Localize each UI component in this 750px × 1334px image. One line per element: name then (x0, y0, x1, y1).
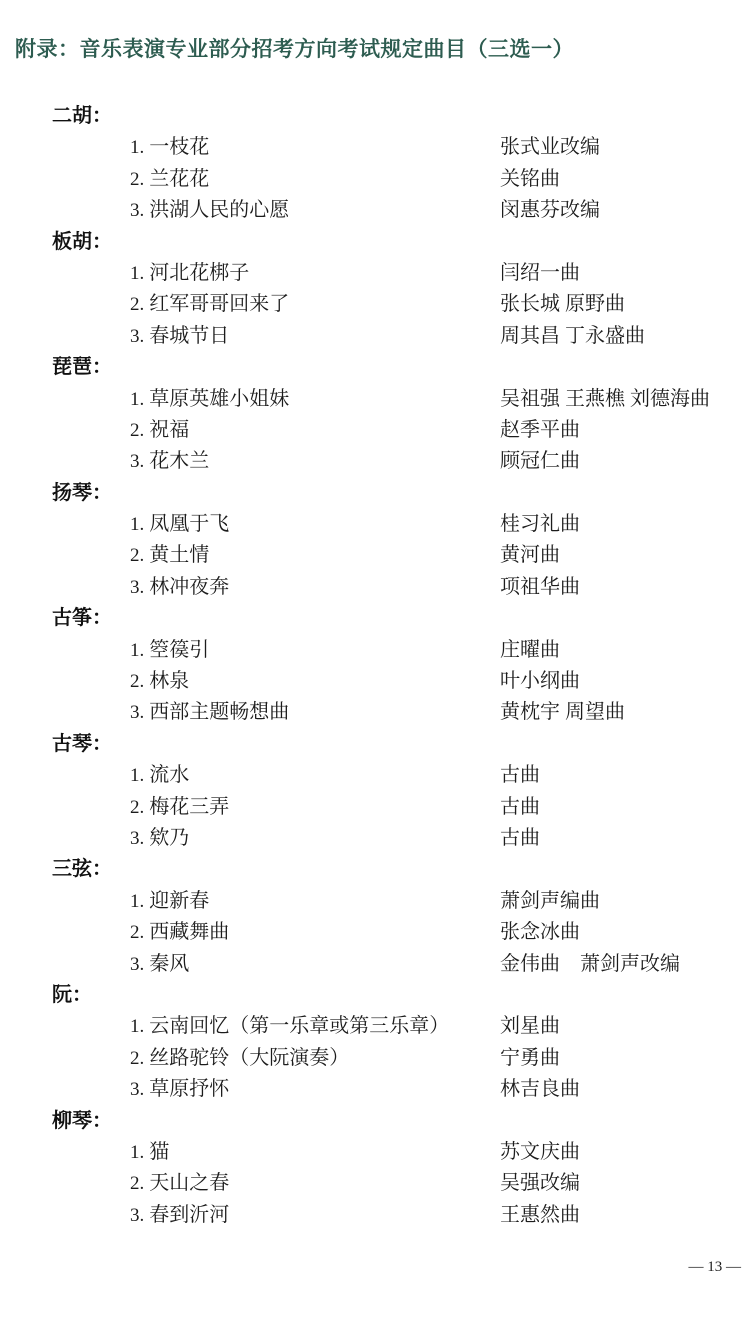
piece-title: 林冲夜奔 (149, 576, 229, 598)
piece-cell: 2.黄土情 (130, 540, 209, 571)
piece-composer: 古曲 (500, 792, 540, 823)
repertoire-row: 3.欸乃 古曲 (0, 823, 750, 854)
repertoire-row: 1.云南回忆（第一乐章或第三乐章） 刘星曲 (0, 1011, 750, 1042)
piece-title: 欸乃 (149, 827, 189, 849)
piece-title: 河北花梆子 (149, 262, 249, 284)
piece-title: 祝福 (149, 419, 189, 441)
section-header-row: 二胡： (0, 101, 750, 132)
instrument-section: 三弦： 1.迎新春 萧剑声编曲 2.西藏舞曲 张念冰曲 3.秦风 金伟曲 萧剑声… (0, 854, 750, 980)
repertoire-row: 3.西部主题畅想曲 黄枕宇 周望曲 (0, 697, 750, 728)
section-header-row: 阮： (0, 980, 750, 1011)
piece-cell: 3.花木兰 (130, 446, 209, 477)
piece-number: 3. (130, 195, 144, 226)
piece-cell: 3.西部主题畅想曲 (130, 697, 289, 728)
instrument-header: 二胡： (52, 101, 112, 132)
piece-cell: 2.红军哥哥回来了 (130, 289, 289, 320)
section-header-row: 板胡： (0, 227, 750, 258)
piece-composer: 项祖华曲 (500, 572, 580, 603)
instrument-header: 三弦： (52, 854, 112, 885)
piece-cell: 1.迎新春 (130, 886, 209, 917)
section-header-row: 古琴： (0, 729, 750, 760)
piece-cell: 3.秦风 (130, 949, 189, 980)
repertoire-row: 2.红军哥哥回来了 张长城 原野曲 (0, 289, 750, 320)
piece-title: 春到沂河 (149, 1204, 229, 1226)
piece-number: 1. (130, 132, 144, 163)
piece-composer: 金伟曲 萧剑声改编 (500, 949, 680, 980)
piece-composer: 顾冠仁曲 (500, 446, 580, 477)
piece-number: 1. (130, 886, 144, 917)
repertoire-row: 2.林泉 叶小纲曲 (0, 666, 750, 697)
instrument-section: 琵琶： 1.草原英雄小姐妹 吴祖强 王燕樵 刘德海曲 2.祝福 赵季平曲 3.花… (0, 352, 750, 478)
repertoire-row: 3.林冲夜奔 项祖华曲 (0, 572, 750, 603)
piece-number: 2. (130, 289, 144, 320)
piece-cell: 3.春到沂河 (130, 1200, 229, 1231)
piece-number: 2. (130, 164, 144, 195)
piece-number: 3. (130, 1200, 144, 1231)
piece-number: 3. (130, 446, 144, 477)
piece-number: 1. (130, 1137, 144, 1168)
instrument-header: 扬琴： (52, 478, 112, 509)
piece-title: 箜篌引 (149, 639, 209, 661)
piece-number: 1. (130, 384, 144, 415)
piece-number: 3. (130, 1074, 144, 1105)
piece-composer: 张式业改编 (500, 132, 600, 163)
instrument-section: 古筝： 1.箜篌引 庄曜曲 2.林泉 叶小纲曲 3.西部主题畅想曲 黄枕宇 周望… (0, 603, 750, 729)
piece-number: 3. (130, 321, 144, 352)
piece-title: 流水 (149, 764, 189, 786)
piece-cell: 2.丝路驼铃（大阮演奏） (130, 1043, 349, 1074)
piece-number: 2. (130, 917, 144, 948)
repertoire-row: 3.洪湖人民的心愿 闵惠芬改编 (0, 195, 750, 226)
piece-composer: 王惠然曲 (500, 1200, 580, 1231)
repertoire-row: 1.迎新春 萧剑声编曲 (0, 886, 750, 917)
piece-composer: 吴祖强 王燕樵 刘德海曲 (500, 384, 710, 415)
piece-cell: 3.洪湖人民的心愿 (130, 195, 289, 226)
piece-number: 1. (130, 635, 144, 666)
instrument-section: 阮： 1.云南回忆（第一乐章或第三乐章） 刘星曲 2.丝路驼铃（大阮演奏） 宁勇… (0, 980, 750, 1106)
piece-composer: 叶小纲曲 (500, 666, 580, 697)
piece-cell: 1.一枝花 (130, 132, 209, 163)
piece-cell: 3.春城节日 (130, 321, 229, 352)
piece-number: 3. (130, 823, 144, 854)
piece-number: 2. (130, 1168, 144, 1199)
piece-title: 西藏舞曲 (149, 921, 229, 943)
piece-title: 春城节日 (149, 325, 229, 347)
piece-number: 1. (130, 509, 144, 540)
piece-composer: 萧剑声编曲 (500, 886, 600, 917)
piece-title: 天山之春 (149, 1172, 229, 1194)
piece-title: 迎新春 (149, 890, 209, 912)
piece-title: 猫 (149, 1141, 169, 1163)
piece-cell: 2.梅花三弄 (130, 792, 229, 823)
piece-cell: 1.云南回忆（第一乐章或第三乐章） (130, 1011, 449, 1042)
piece-composer: 黄河曲 (500, 540, 560, 571)
piece-title: 梅花三弄 (149, 796, 229, 818)
piece-title: 云南回忆（第一乐章或第三乐章） (149, 1015, 449, 1037)
piece-composer: 赵季平曲 (500, 415, 580, 446)
piece-number: 3. (130, 697, 144, 728)
piece-title: 洪湖人民的心愿 (149, 199, 289, 221)
instrument-header: 古筝： (52, 603, 112, 634)
piece-cell: 3.林冲夜奔 (130, 572, 229, 603)
repertoire-row: 1.箜篌引 庄曜曲 (0, 635, 750, 666)
piece-number: 1. (130, 258, 144, 289)
piece-number: 2. (130, 540, 144, 571)
piece-composer: 古曲 (500, 823, 540, 854)
piece-composer: 黄枕宇 周望曲 (500, 697, 625, 728)
piece-title: 凤凰于飞 (149, 513, 229, 535)
repertoire-row: 1.凤凰于飞 桂习礼曲 (0, 509, 750, 540)
repertoire-row: 1.草原英雄小姐妹 吴祖强 王燕樵 刘德海曲 (0, 384, 750, 415)
repertoire-row: 2.祝福 赵季平曲 (0, 415, 750, 446)
repertoire-row: 1.猫 苏文庆曲 (0, 1137, 750, 1168)
piece-cell: 2.天山之春 (130, 1168, 229, 1199)
piece-title: 黄土情 (149, 544, 209, 566)
repertoire-row: 2.兰花花 关铭曲 (0, 164, 750, 195)
piece-title: 草原英雄小姐妹 (149, 388, 289, 410)
piece-number: 2. (130, 666, 144, 697)
page-number: — 13 — (689, 1258, 742, 1276)
repertoire-list: 二胡： 1.一枝花 张式业改编 2.兰花花 关铭曲 3.洪湖人民的心愿 闵惠芬改… (0, 101, 750, 1231)
repertoire-row: 1.河北花梆子 闫绍一曲 (0, 258, 750, 289)
section-header-row: 古筝： (0, 603, 750, 634)
piece-title: 兰花花 (149, 168, 209, 190)
piece-title: 红军哥哥回来了 (149, 293, 289, 315)
piece-number: 2. (130, 1043, 144, 1074)
piece-cell: 1.流水 (130, 760, 189, 791)
section-header-row: 琵琶： (0, 352, 750, 383)
piece-cell: 3.欸乃 (130, 823, 189, 854)
piece-composer: 林吉良曲 (500, 1074, 580, 1105)
piece-composer: 吴强改编 (500, 1168, 580, 1199)
piece-cell: 1.河北花梆子 (130, 258, 249, 289)
document-page: 附录：音乐表演专业部分招考方向考试规定曲目（三选一） 二胡： 1.一枝花 张式业… (0, 0, 750, 1334)
repertoire-row: 1.流水 古曲 (0, 760, 750, 791)
piece-title: 林泉 (149, 670, 189, 692)
instrument-header: 古琴： (52, 729, 112, 760)
repertoire-row: 3.花木兰 顾冠仁曲 (0, 446, 750, 477)
piece-composer: 闵惠芬改编 (500, 195, 600, 226)
section-header-row: 三弦： (0, 854, 750, 885)
piece-cell: 2.兰花花 (130, 164, 209, 195)
piece-cell: 2.祝福 (130, 415, 189, 446)
instrument-header: 板胡： (52, 227, 112, 258)
piece-composer: 关铭曲 (500, 164, 560, 195)
piece-title: 草原抒怀 (149, 1078, 229, 1100)
piece-cell: 2.林泉 (130, 666, 189, 697)
instrument-section: 板胡： 1.河北花梆子 闫绍一曲 2.红军哥哥回来了 张长城 原野曲 3.春城节… (0, 227, 750, 353)
piece-title: 丝路驼铃（大阮演奏） (149, 1047, 349, 1069)
piece-composer: 张念冰曲 (500, 917, 580, 948)
piece-cell: 1.草原英雄小姐妹 (130, 384, 289, 415)
piece-composer: 刘星曲 (500, 1011, 560, 1042)
instrument-section: 扬琴： 1.凤凰于飞 桂习礼曲 2.黄土情 黄河曲 3.林冲夜奔 项祖华曲 (0, 478, 750, 604)
piece-number: 3. (130, 572, 144, 603)
repertoire-row: 2.梅花三弄 古曲 (0, 792, 750, 823)
page-title: 附录：音乐表演专业部分招考方向考试规定曲目（三选一） (15, 39, 574, 61)
piece-title: 秦风 (149, 953, 189, 975)
piece-composer: 张长城 原野曲 (500, 289, 625, 320)
repertoire-row: 3.秦风 金伟曲 萧剑声改编 (0, 949, 750, 980)
repertoire-row: 2.黄土情 黄河曲 (0, 540, 750, 571)
piece-cell: 2.西藏舞曲 (130, 917, 229, 948)
piece-composer: 桂习礼曲 (500, 509, 580, 540)
piece-title: 花木兰 (149, 450, 209, 472)
instrument-section: 二胡： 1.一枝花 张式业改编 2.兰花花 关铭曲 3.洪湖人民的心愿 闵惠芬改… (0, 101, 750, 227)
piece-composer: 苏文庆曲 (500, 1137, 580, 1168)
repertoire-row: 3.春城节日 周其昌 丁永盛曲 (0, 321, 750, 352)
repertoire-row: 3.草原抒怀 林吉良曲 (0, 1074, 750, 1105)
repertoire-row: 1.一枝花 张式业改编 (0, 132, 750, 163)
piece-cell: 1.凤凰于飞 (130, 509, 229, 540)
piece-cell: 1.猫 (130, 1137, 169, 1168)
instrument-section: 柳琴： 1.猫 苏文庆曲 2.天山之春 吴强改编 3.春到沂河 王惠然曲 (0, 1106, 750, 1232)
instrument-section: 古琴： 1.流水 古曲 2.梅花三弄 古曲 3.欸乃 古曲 (0, 729, 750, 855)
piece-cell: 3.草原抒怀 (130, 1074, 229, 1105)
piece-title: 一枝花 (149, 136, 209, 158)
section-header-row: 柳琴： (0, 1106, 750, 1137)
piece-number: 3. (130, 949, 144, 980)
piece-composer: 闫绍一曲 (500, 258, 580, 289)
piece-number: 2. (130, 792, 144, 823)
piece-composer: 古曲 (500, 760, 540, 791)
piece-number: 2. (130, 415, 144, 446)
piece-composer: 庄曜曲 (500, 635, 560, 666)
repertoire-row: 3.春到沂河 王惠然曲 (0, 1200, 750, 1231)
piece-title: 西部主题畅想曲 (149, 701, 289, 723)
repertoire-row: 2.天山之春 吴强改编 (0, 1168, 750, 1199)
piece-number: 1. (130, 760, 144, 791)
piece-composer: 宁勇曲 (500, 1043, 560, 1074)
piece-number: 1. (130, 1011, 144, 1042)
piece-composer: 周其昌 丁永盛曲 (500, 321, 645, 352)
section-header-row: 扬琴： (0, 478, 750, 509)
instrument-header: 琵琶： (52, 352, 112, 383)
instrument-header: 柳琴： (52, 1106, 112, 1137)
repertoire-row: 2.西藏舞曲 张念冰曲 (0, 917, 750, 948)
instrument-header: 阮： (52, 980, 92, 1011)
repertoire-row: 2.丝路驼铃（大阮演奏） 宁勇曲 (0, 1043, 750, 1074)
piece-cell: 1.箜篌引 (130, 635, 209, 666)
